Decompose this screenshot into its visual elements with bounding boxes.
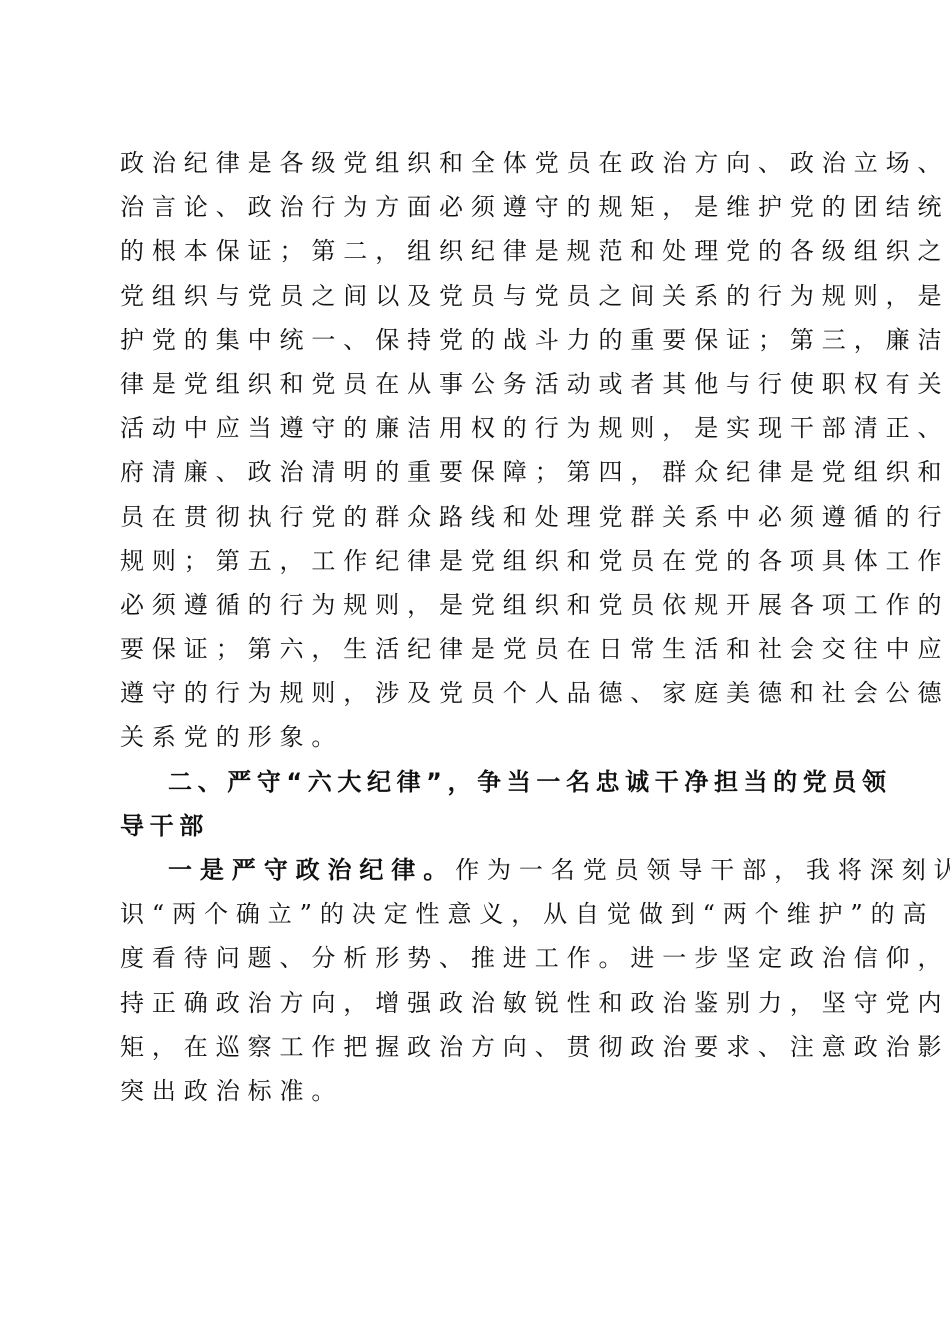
- text-line: 突出政治标准。: [120, 1069, 840, 1113]
- paragraph-six-disciplines-definitions: 政治纪律是各级党组织和全体党员在政治方向、政治立场、政 治言论、政治行为方面必须…: [120, 141, 840, 760]
- text-line: 一是严守政治纪律。作为一名党员领导干部，我将深刻认: [120, 848, 840, 892]
- text-line: 要保证；第六，生活纪律是党员在日常生活和社会交往中应当: [120, 627, 840, 671]
- document-page: 政治纪律是各级党组织和全体党员在政治方向、政治立场、政 治言论、政治行为方面必须…: [120, 141, 840, 1113]
- section-heading: 二、严守“六大纪律”，争当一名忠诚干净担当的党员领 导干部: [120, 760, 840, 848]
- text-fragment: 作为一名党员领导干部，我将深刻认: [455, 856, 950, 884]
- text-line: 府清廉、政治清明的重要保障；第四，群众纪律是党组织和党: [120, 450, 840, 494]
- text-line: 党组织与党员之间以及党员与党员之间关系的行为规则，是维: [120, 274, 840, 318]
- text-line: 遵守的行为规则，涉及党员个人品德、家庭美德和社会公德，: [120, 671, 840, 715]
- text-line: 律是党组织和党员在从事公务活动或者其他与行使职权有关的: [120, 362, 840, 406]
- text-line: 持正确政治方向，增强政治敏锐性和政治鉴别力，坚守党内规: [120, 981, 840, 1025]
- text-line: 度看待问题、分析形势、推进工作。进一步坚定政治信仰，坚: [120, 936, 840, 980]
- heading-line: 导干部: [120, 804, 840, 848]
- paragraph-political-discipline: 一是严守政治纪律。作为一名党员领导干部，我将深刻认 识“两个确立”的决定性意义，…: [120, 848, 840, 1113]
- text-line: 的根本保证；第二，组织纪律是规范和处理党的各级组织之间、: [120, 229, 840, 273]
- text-line: 矩，在巡察工作把握政治方向、贯彻政治要求、注意政治影响、: [120, 1025, 840, 1069]
- paragraph-lead: 一是严守政治纪律。: [168, 855, 455, 884]
- text-line: 规则；第五，工作纪律是党组织和党员在党的各项具体工作中: [120, 539, 840, 583]
- text-line: 治言论、政治行为方面必须遵守的规矩，是维护党的团结统一: [120, 185, 840, 229]
- heading-line: 二、严守“六大纪律”，争当一名忠诚干净担当的党员领: [120, 760, 840, 804]
- text-line: 必须遵循的行为规则，是党组织和党员依规开展各项工作的重: [120, 583, 840, 627]
- text-line: 活动中应当遵守的廉洁用权的行为规则，是实现干部清正、政: [120, 406, 840, 450]
- text-line: 识“两个确立”的决定性意义，从自觉做到“两个维护”的高: [120, 892, 840, 936]
- text-line: 护党的集中统一、保持党的战斗力的重要保证；第三，廉洁纪: [120, 318, 840, 362]
- text-line: 员在贯彻执行党的群众路线和处理党群关系中必须遵循的行为: [120, 495, 840, 539]
- text-line: 政治纪律是各级党组织和全体党员在政治方向、政治立场、政: [120, 141, 840, 185]
- text-line: 关系党的形象。: [120, 715, 840, 759]
